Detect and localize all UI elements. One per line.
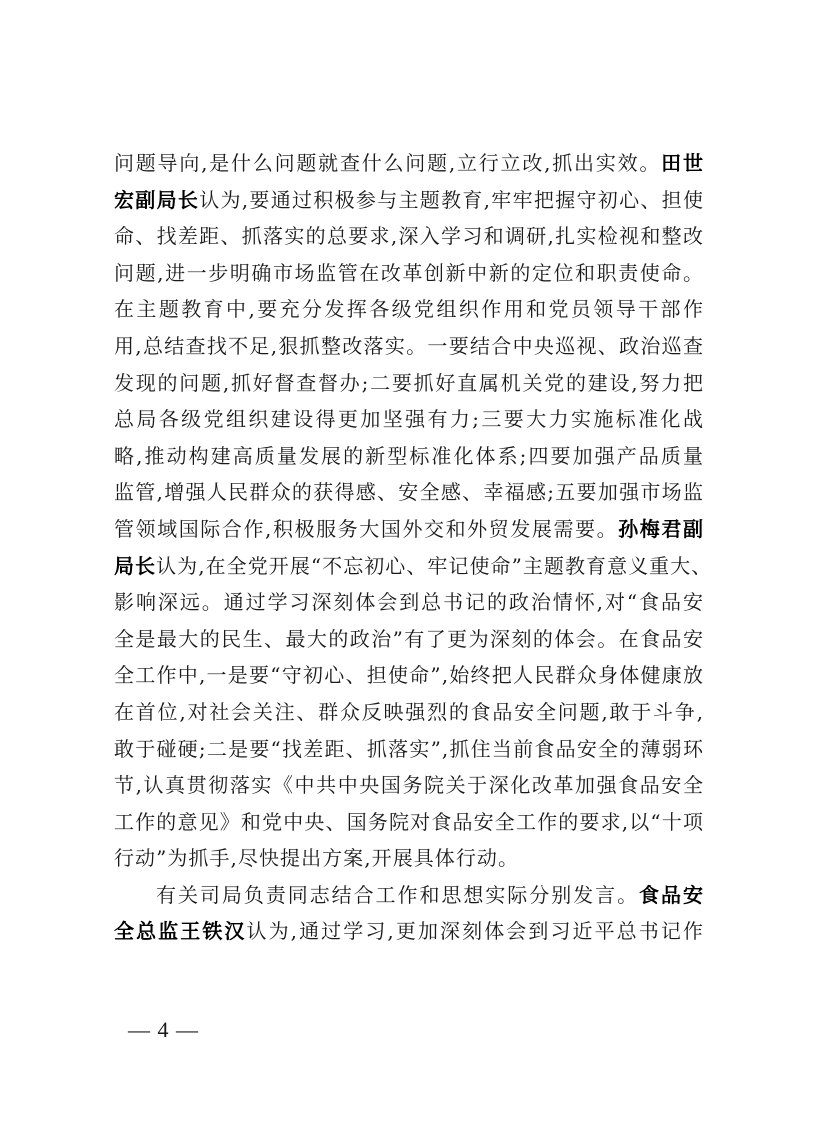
text-line: 敢于碰硬;二是要“找差距、抓落实”,抓住当前食品安全的薄弱环: [114, 731, 704, 768]
document-page: 问题导向,是什么问题就查什么问题,立行立改,抓出实效。田世 宏副局长认为,要通过…: [0, 0, 816, 1145]
text-line: 管领域国际合作,积极服务大国外交和外贸发展需要。孙梅君副: [114, 511, 704, 548]
text-line: 节,认真贯彻落实《中共中央国务院关于深化改革加强食品安全: [114, 767, 704, 804]
document-body: 问题导向,是什么问题就查什么问题,立行立改,抓出实效。田世 宏副局长认为,要通过…: [114, 145, 706, 950]
page-number: — 4 —: [128, 1017, 199, 1043]
text-line: 全是最大的民生、最大的政治”有了更为深刻的体会。在食品安: [114, 621, 704, 658]
text-line: 用,总结查找不足,狠抓整改落实。一要结合中央巡视、政治巡查: [114, 328, 704, 365]
text-line: 全总监王铁汉认为,通过学习,更加深刻体会到习近平总书记作: [114, 913, 704, 950]
text-line: 在主题教育中,要充分发挥各级党组织作用和党员领导干部作: [114, 291, 704, 328]
text-line: 宏副局长认为,要通过积极参与主题教育,牢牢把握守初心、担使: [114, 182, 704, 219]
text-line: 影响深远。通过学习深刻体会到总书记的政治情怀,对“食品安: [114, 584, 704, 621]
speaker-name: 全总监王铁汉: [114, 919, 247, 943]
text-line: 问题,进一步明确市场监管在改革创新中新的定位和职责使命。: [114, 255, 704, 292]
text-line: 行动”为抓手,尽快提出方案,开展具体行动。: [114, 840, 704, 877]
speaker-name: 田世: [661, 151, 704, 175]
text-line: 监管,增强人民群众的获得感、安全感、幸福感;五要加强市场监: [114, 474, 704, 511]
text-line: 在首位,对社会关注、群众反映强烈的食品安全问题,敢于斗争,: [114, 694, 704, 731]
text-line: 局长认为,在全党开展“不忘初心、牢记使命”主题教育意义重大、: [114, 548, 704, 585]
text-line: 问题导向,是什么问题就查什么问题,立行立改,抓出实效。田世: [114, 145, 704, 182]
text-line: 发现的问题,抓好督查督办;二要抓好直属机关党的建设,努力把: [114, 365, 704, 402]
speaker-name: 食品安: [639, 883, 704, 907]
text-line: 略,推动构建高质量发展的新型标准化体系;四要加强产品质量: [114, 438, 704, 475]
text-line: 工作的意见》和党中央、国务院对食品安全工作的要求,以“十项: [114, 804, 704, 841]
text-line: 全工作中,一是要“守初心、担使命”,始终把人民群众身体健康放: [114, 657, 704, 694]
text-line: 总局各级党组织建设得更加坚强有力;三要大力实施标准化战: [114, 401, 704, 438]
speaker-name: 孙梅君副: [618, 517, 704, 541]
speaker-name: 宏副局长: [114, 188, 199, 212]
paragraph-start-line: 有关司局负责同志结合工作和思想实际分别发言。食品安: [114, 877, 704, 914]
speaker-name: 局长: [114, 554, 156, 578]
text-line: 命、找差距、抓落实的总要求,深入学习和调研,扎实检视和整改: [114, 218, 704, 255]
